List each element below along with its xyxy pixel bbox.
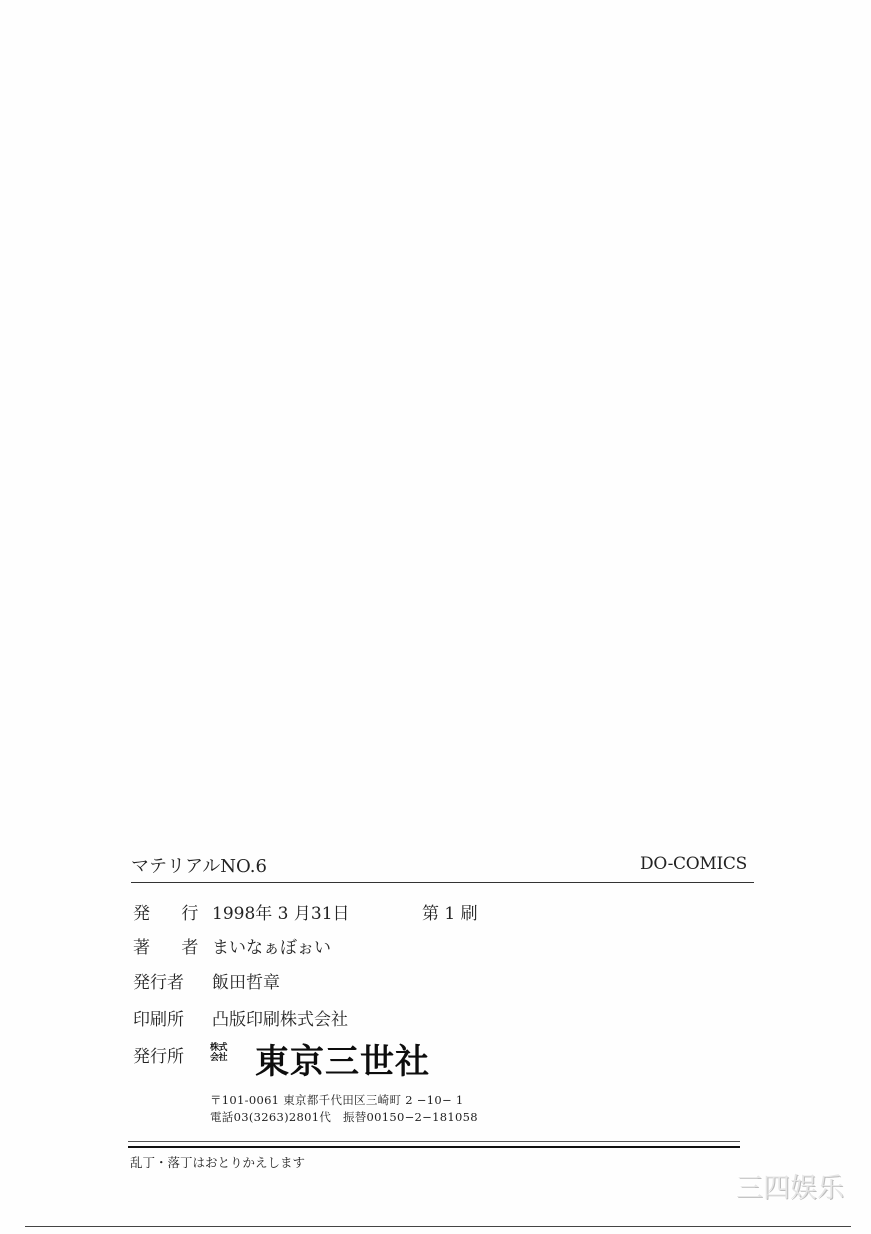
printer-value: 凸版印刷株式会社 — [212, 1005, 348, 1030]
publisher-person-label: 発行者 — [133, 968, 184, 993]
colophon-page: マテリアルNO.6 DO-COMICS 発 行 1998年 3 月31日 第 1… — [0, 0, 871, 1234]
printer-label: 印刷所 — [133, 1005, 184, 1030]
book-title: マテリアルNO.6 — [131, 852, 267, 878]
author-value: まいなぁぼぉい — [212, 933, 331, 958]
author-label: 著 者 — [133, 933, 211, 958]
footer-rule-thin — [128, 1141, 740, 1142]
page-bottom-edge — [25, 1226, 851, 1227]
publishing-house-label: 発行所 — [133, 1042, 184, 1067]
publish-date-value: 1998年 3 月31日 — [212, 899, 350, 924]
publish-date-label: 発 行 — [133, 899, 211, 924]
printing-edition: 第 1 刷 — [422, 899, 478, 924]
replacement-notice: 乱丁・落丁はおとりかえします — [130, 1153, 305, 1171]
header-rule — [131, 882, 754, 883]
publisher-address: 〒101-0061 東京都千代田区三崎町 2 −10− 1 — [210, 1092, 463, 1108]
publisher-phone: 電話03(3263)2801代 振替00150−2−181058 — [210, 1109, 478, 1125]
footer-rule-thick — [128, 1146, 740, 1148]
publisher-person-value: 飯田哲章 — [212, 968, 280, 993]
watermark: 三四娱乐 — [736, 1166, 844, 1205]
series-label: DO-COMICS — [640, 854, 747, 874]
publisher-logo-name: 東京三世社 — [255, 1034, 430, 1083]
company-type-mark: 株式会社 — [210, 1043, 232, 1063]
